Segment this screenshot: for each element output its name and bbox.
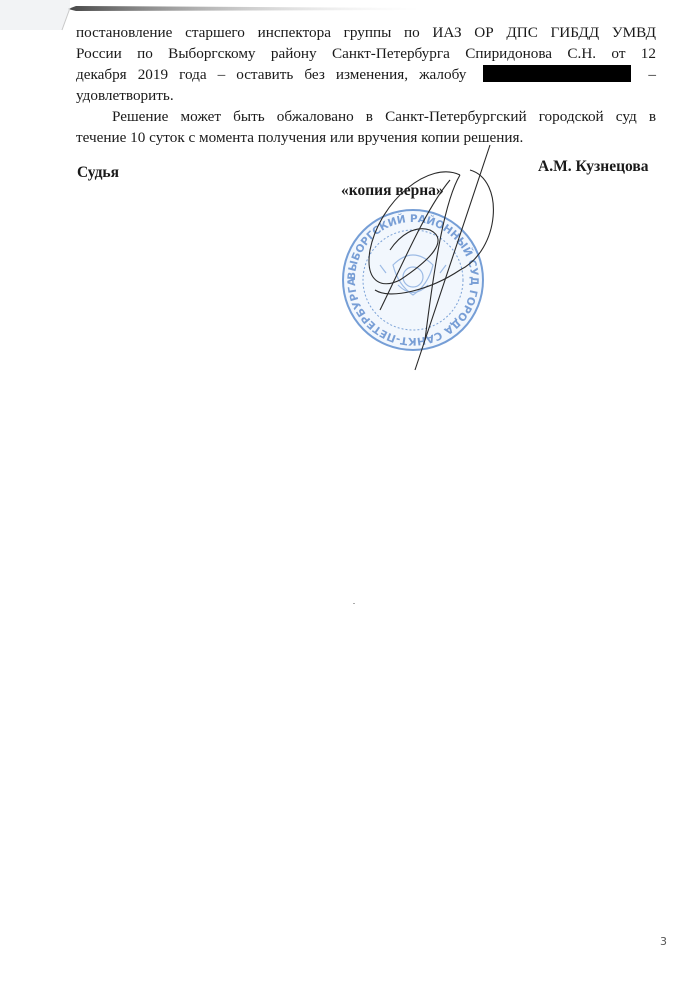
text-line: декабря 2019 года – оставить без изменен… — [76, 64, 656, 85]
court-seal-stamp: ВЫБОРГСКИЙ РАЙОННЫЙ СУД ГОРОДА САНКТ-ПЕТ… — [338, 205, 488, 355]
text-fragment: декабря 2019 года – оставить без изменен… — [76, 66, 466, 83]
scan-speck — [353, 603, 355, 604]
judge-role-label: Судья — [77, 164, 119, 182]
text-fragment: – — [648, 66, 656, 83]
judge-name: А.М. Кузнецова — [538, 158, 649, 176]
text-line: удовлетворить. — [76, 85, 656, 106]
decision-paragraph: постановление старшего инспектора группы… — [76, 22, 656, 106]
redaction-box — [483, 65, 631, 82]
certified-copy-label: «копия верна» — [341, 182, 444, 200]
text-line: Решение может быть обжаловано в Санкт-Пе… — [76, 106, 656, 127]
text-line: течение 10 суток с момента получения или… — [76, 127, 656, 148]
page-number: 3 — [660, 935, 667, 948]
text-line: России по Выборгскому району Санкт-Петер… — [76, 43, 656, 64]
appeal-paragraph: Решение может быть обжаловано в Санкт-Пе… — [76, 106, 656, 148]
text-line: постановление старшего инспектора группы… — [76, 22, 656, 43]
